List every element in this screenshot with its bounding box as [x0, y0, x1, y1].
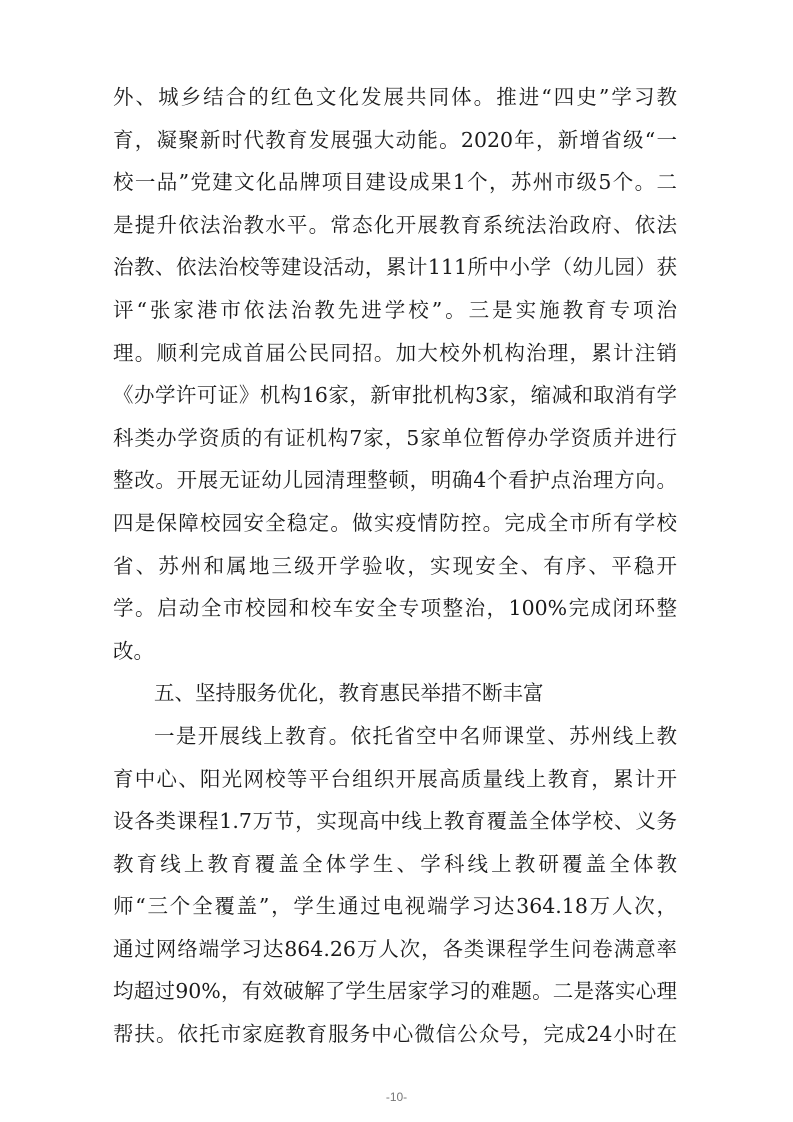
text-line: 均超过90%，有效破解了学生居家学习的难题。二是落实心理 — [113, 970, 677, 1013]
text-line: 教育线上教育覆盖全体学生、学科线上教研覆盖全体教 — [113, 843, 677, 886]
text-line: 科类办学资质的有证机构7家，5家单位暂停办学资质并进行 — [113, 417, 677, 460]
paragraph: 一是开展线上教育。依托省空中名师课堂、苏州线上教 育中心、阳光网校等平台组织开展… — [113, 715, 677, 1056]
page-number: -10- — [0, 1090, 793, 1104]
text-line: 省、苏州和属地三级开学验收，实现安全、有序、平稳开 — [113, 545, 677, 588]
text-line: 通过网络端学习达864.26万人次，各类课程学生问卷满意率 — [113, 928, 677, 971]
text-line: 四是保障校园安全稳定。做实疫情防控。完成全市所有学校 — [113, 502, 677, 545]
text-line: 师“三个全覆盖”，学生通过电视端学习达364.18万人次， — [113, 885, 677, 928]
heading-text: 五、坚持服务优化，教育惠民举措不断丰富 — [113, 672, 677, 715]
paragraph-continuation: 外、城乡结合的红色文化发展共同体。推进“四史”学习教 育，凝聚新时代教育发展强大… — [113, 76, 677, 672]
document-page: 外、城乡结合的红色文化发展共同体。推进“四史”学习教 育，凝聚新时代教育发展强大… — [0, 0, 793, 1122]
text-line: 帮扶。依托市家庭教育服务中心微信公众号，完成24小时在 — [113, 1013, 677, 1056]
text-line: 整改。开展无证幼儿园清理整顿，明确4个看护点治理方向。 — [113, 459, 677, 502]
text-line: 改。 — [113, 630, 677, 673]
text-line: 校一品”党建文化品牌项目建设成果1个，苏州市级5个。二 — [113, 161, 677, 204]
text-line: 学。启动全市校园和校车安全专项整治，100%完成闭环整 — [113, 587, 677, 630]
text-line: 理。顺利完成首届公民同招。加大校外机构治理，累计注销 — [113, 332, 677, 375]
text-line: 外、城乡结合的红色文化发展共同体。推进“四史”学习教 — [113, 76, 677, 119]
text-line: 育中心、阳光网校等平台组织开展高质量线上教育，累计开 — [113, 758, 677, 801]
text-line: 一是开展线上教育。依托省空中名师课堂、苏州线上教 — [113, 715, 677, 758]
text-line: 设各类课程1.7万节，实现高中线上教育覆盖全体学校、义务 — [113, 800, 677, 843]
text-line: 《办学许可证》机构16家，新审批机构3家，缩减和取消有学 — [113, 374, 677, 417]
text-line: 治教、依法治校等建设活动，累计111所中小学（幼儿园）获 — [113, 246, 677, 289]
text-line: 评“张家港市依法治教先进学校”。三是实施教育专项治 — [113, 289, 677, 332]
body-text: 外、城乡结合的红色文化发展共同体。推进“四史”学习教 育，凝聚新时代教育发展强大… — [113, 76, 677, 1056]
text-line: 育，凝聚新时代教育发展强大动能。2020年，新增省级“一 — [113, 119, 677, 162]
text-line: 是提升依法治教水平。常态化开展教育系统法治政府、依法 — [113, 204, 677, 247]
section-heading: 五、坚持服务优化，教育惠民举措不断丰富 — [113, 672, 677, 715]
